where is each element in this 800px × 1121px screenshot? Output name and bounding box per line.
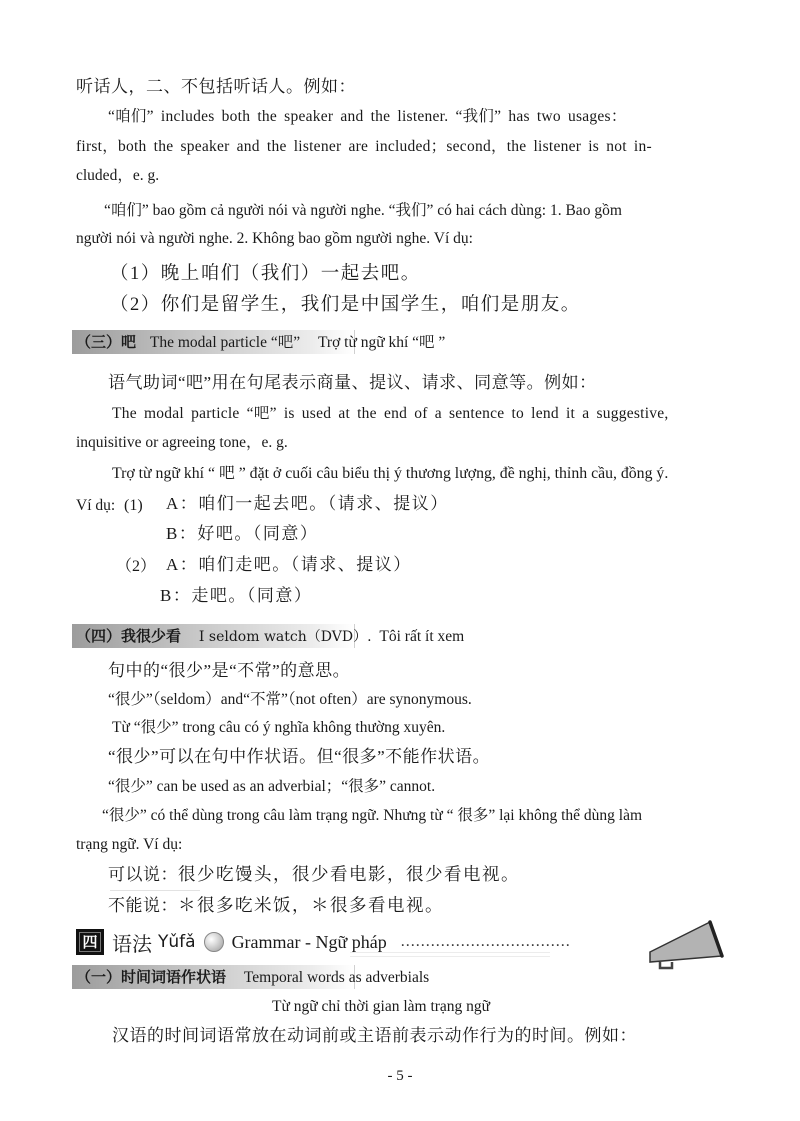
divider bbox=[110, 890, 200, 891]
section-3-example-2-b: B：走吧。（同意） bbox=[160, 586, 312, 606]
section-3-number: （三） bbox=[76, 333, 121, 351]
can-say-label: 可以说： bbox=[108, 865, 178, 884]
section-4-cannot-say: 不能说：＊很多吃米饭，＊很多看电视。 bbox=[108, 895, 444, 917]
section-3-en-title: The modal particle “吧” bbox=[150, 334, 300, 351]
section-3-example-1-a: A：咱们一起去吧。（请求、提议） bbox=[166, 494, 449, 514]
section-4-line-4: “很少”可以在句中作状语。但“很多”不能作状语。 bbox=[108, 747, 490, 767]
grammar-subsection-cn-title: 时间词语作状语 bbox=[121, 968, 226, 986]
section-3-vn-desc: Trợ từ ngữ khí “ 吧 ” đặt ở cuối câu biểu… bbox=[112, 464, 668, 484]
grammar-subsection-header: （一）时间词语作状语 Temporal words as adverbials bbox=[76, 965, 429, 990]
section-3-example-1-num: (1) bbox=[124, 496, 143, 516]
grammar-subsection-en-title: Temporal words as adverbials bbox=[244, 969, 429, 986]
leader-dots: .................................. bbox=[401, 933, 571, 951]
grammar-en-title: Grammar - Ngữ pháp bbox=[232, 932, 387, 953]
section-3-cn-desc: 语气助词“吧”用在句尾表示商量、提议、请求、同意等。例如： bbox=[108, 373, 597, 393]
section-4-line-3: Từ “很少” trong câu có ý nghĩa không thườn… bbox=[112, 718, 445, 738]
intro-en-line-1: “咱们” includes both the speaker and the l… bbox=[108, 107, 627, 127]
intro-cn-line: 听话人，二、不包括听话人。例如： bbox=[76, 77, 356, 97]
section-4-line-7: trạng ngữ. Ví dụ: bbox=[76, 835, 182, 855]
section-4-line-1: 句中的“很少”是“不常”的意思。 bbox=[108, 661, 350, 681]
section-3-en-desc-2: inquisitive or agreeing tone，e. g. bbox=[76, 433, 288, 453]
intro-vn-line-2: người nói và người nghe. 2. Không bao gồ… bbox=[76, 229, 473, 249]
intro-en-line-3: cluded，e. g. bbox=[76, 166, 159, 186]
section-3-header: （三）吧 The modal particle “吧” Trợ từ ngữ k… bbox=[76, 330, 445, 355]
cannot-say-text: ＊很多吃米饭，＊很多看电视。 bbox=[178, 895, 444, 915]
section-3-example-2-a: A：咱们走吧。（请求、提议） bbox=[166, 555, 412, 575]
grammar-subsection-cn-desc: 汉语的时间词语常放在动词前或主语前表示动作行为的时间。例如： bbox=[112, 1026, 637, 1046]
megaphone-icon bbox=[646, 918, 738, 970]
grammar-subsection-number: （一） bbox=[76, 968, 121, 986]
section-3-example-1-b: B：好吧。（同意） bbox=[166, 524, 318, 544]
intro-vn-line-1: “咱们” bao gồm cả người nói và người nghe.… bbox=[104, 201, 622, 221]
section-4-en-title: I seldom watch（DVD）. bbox=[199, 629, 372, 645]
page-number: - 5 - bbox=[0, 1068, 800, 1085]
section-4-header: （四）我很少看 I seldom watch（DVD）. Tôi rất ít … bbox=[76, 624, 464, 649]
grammar-number-badge: 四 bbox=[76, 929, 104, 955]
section-3-example-label: Ví dụ: bbox=[76, 496, 115, 516]
section-3-cn-title: 吧 bbox=[121, 333, 136, 351]
section-3-example-2-num: （2） bbox=[116, 557, 156, 577]
section-4-line-5: “很少” can be used as an adverbial；“很多” ca… bbox=[108, 777, 435, 797]
grammar-cn-title: 语法 bbox=[112, 928, 152, 957]
section-4-line-2: “很少”（seldom）and“不常”（not often）are synony… bbox=[108, 690, 472, 710]
divider bbox=[350, 952, 550, 953]
section-4-cn-title: 我很少看 bbox=[121, 627, 181, 645]
intro-en-line-2: first，both the speaker and the listener … bbox=[76, 137, 652, 157]
divider bbox=[350, 956, 550, 957]
cannot-say-label: 不能说： bbox=[108, 896, 178, 915]
section-3-en-desc-1: The modal particle “吧” is used at the en… bbox=[112, 404, 669, 424]
intro-example-1: （1）晚上咱们（我们）一起去吧。 bbox=[110, 264, 421, 284]
intro-example-2: （2）你们是留学生，我们是中国学生，咱们是朋友。 bbox=[110, 295, 581, 315]
section-4-can-say: 可以说：很少吃馒头，很少看电影，很少看电视。 bbox=[108, 864, 520, 886]
grammar-subsection-vn-title: Từ ngữ chỉ thời gian làm trạng ngữ bbox=[272, 997, 490, 1017]
section-4-vn-title: Tôi rất ít xem bbox=[379, 628, 464, 645]
section-4-line-6: “很少” có thể dùng trong câu làm trạng ngữ… bbox=[102, 806, 642, 826]
section-3-vn-title: Trợ từ ngữ khí “吧 ” bbox=[318, 334, 445, 351]
can-say-text: 很少吃馒头，很少看电影，很少看电视。 bbox=[178, 864, 520, 884]
section-4-number: （四） bbox=[76, 627, 121, 645]
grammar-pinyin: Yǔfǎ bbox=[158, 932, 196, 952]
bullet-circle-icon bbox=[204, 932, 224, 952]
